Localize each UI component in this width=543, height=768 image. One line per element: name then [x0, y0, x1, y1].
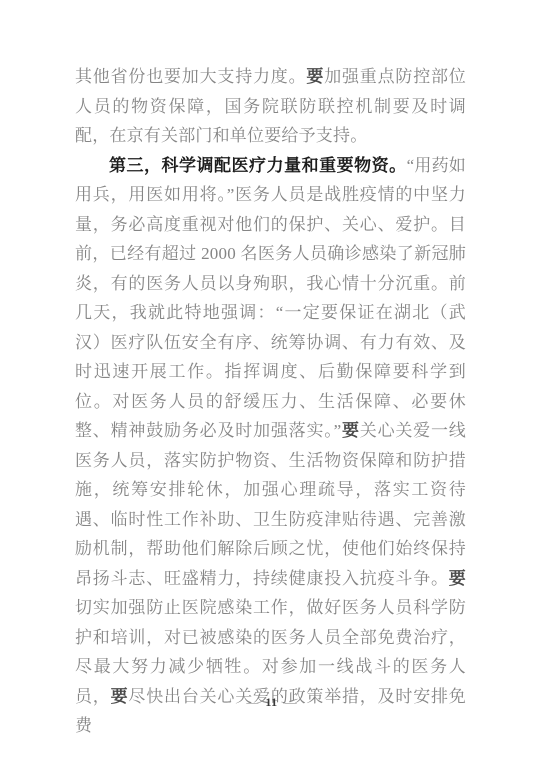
paragraph: 其他省份也要加大支持力度。要加强重点防控部位人员的物资保障，国务院联防联控机制要… [75, 62, 466, 151]
heading-run: 第三，科学调配医疗力量和重要物资。 [109, 156, 407, 175]
bold-emphasis-run: 要 [306, 67, 324, 86]
document-page: 其他省份也要加大支持力度。要加强重点防控部位人员的物资保障，国务院联防联控机制要… [0, 0, 543, 768]
document-body: 其他省份也要加大支持力度。要加强重点防控部位人员的物资保障，国务院联防联控机制要… [75, 62, 466, 741]
bold-emphasis-run: 要 [341, 421, 359, 440]
paragraph: 第三，科学调配医疗力量和重要物资。“用药如用兵，用医如用将。”医务人员是战胜疫情… [75, 151, 466, 741]
text-run: 关心关爱一线医务人员，落实防护物资、生活物资保障和防护措施，统筹安排轮休，加强心… [75, 421, 466, 588]
page-number: —11— [0, 694, 543, 710]
text-run: “用药如用兵，用医如用将。”医务人员是战胜疫情的中坚力量，务必高度重视对他们的保… [75, 156, 466, 441]
page-number-dash-left: — [246, 695, 258, 709]
page-number-value: 11 [265, 695, 277, 709]
text-run: 其他省份也要加大支持力度。 [75, 67, 306, 86]
page-number-dash-right: — [285, 695, 297, 709]
bold-emphasis-run: 要 [449, 569, 466, 588]
